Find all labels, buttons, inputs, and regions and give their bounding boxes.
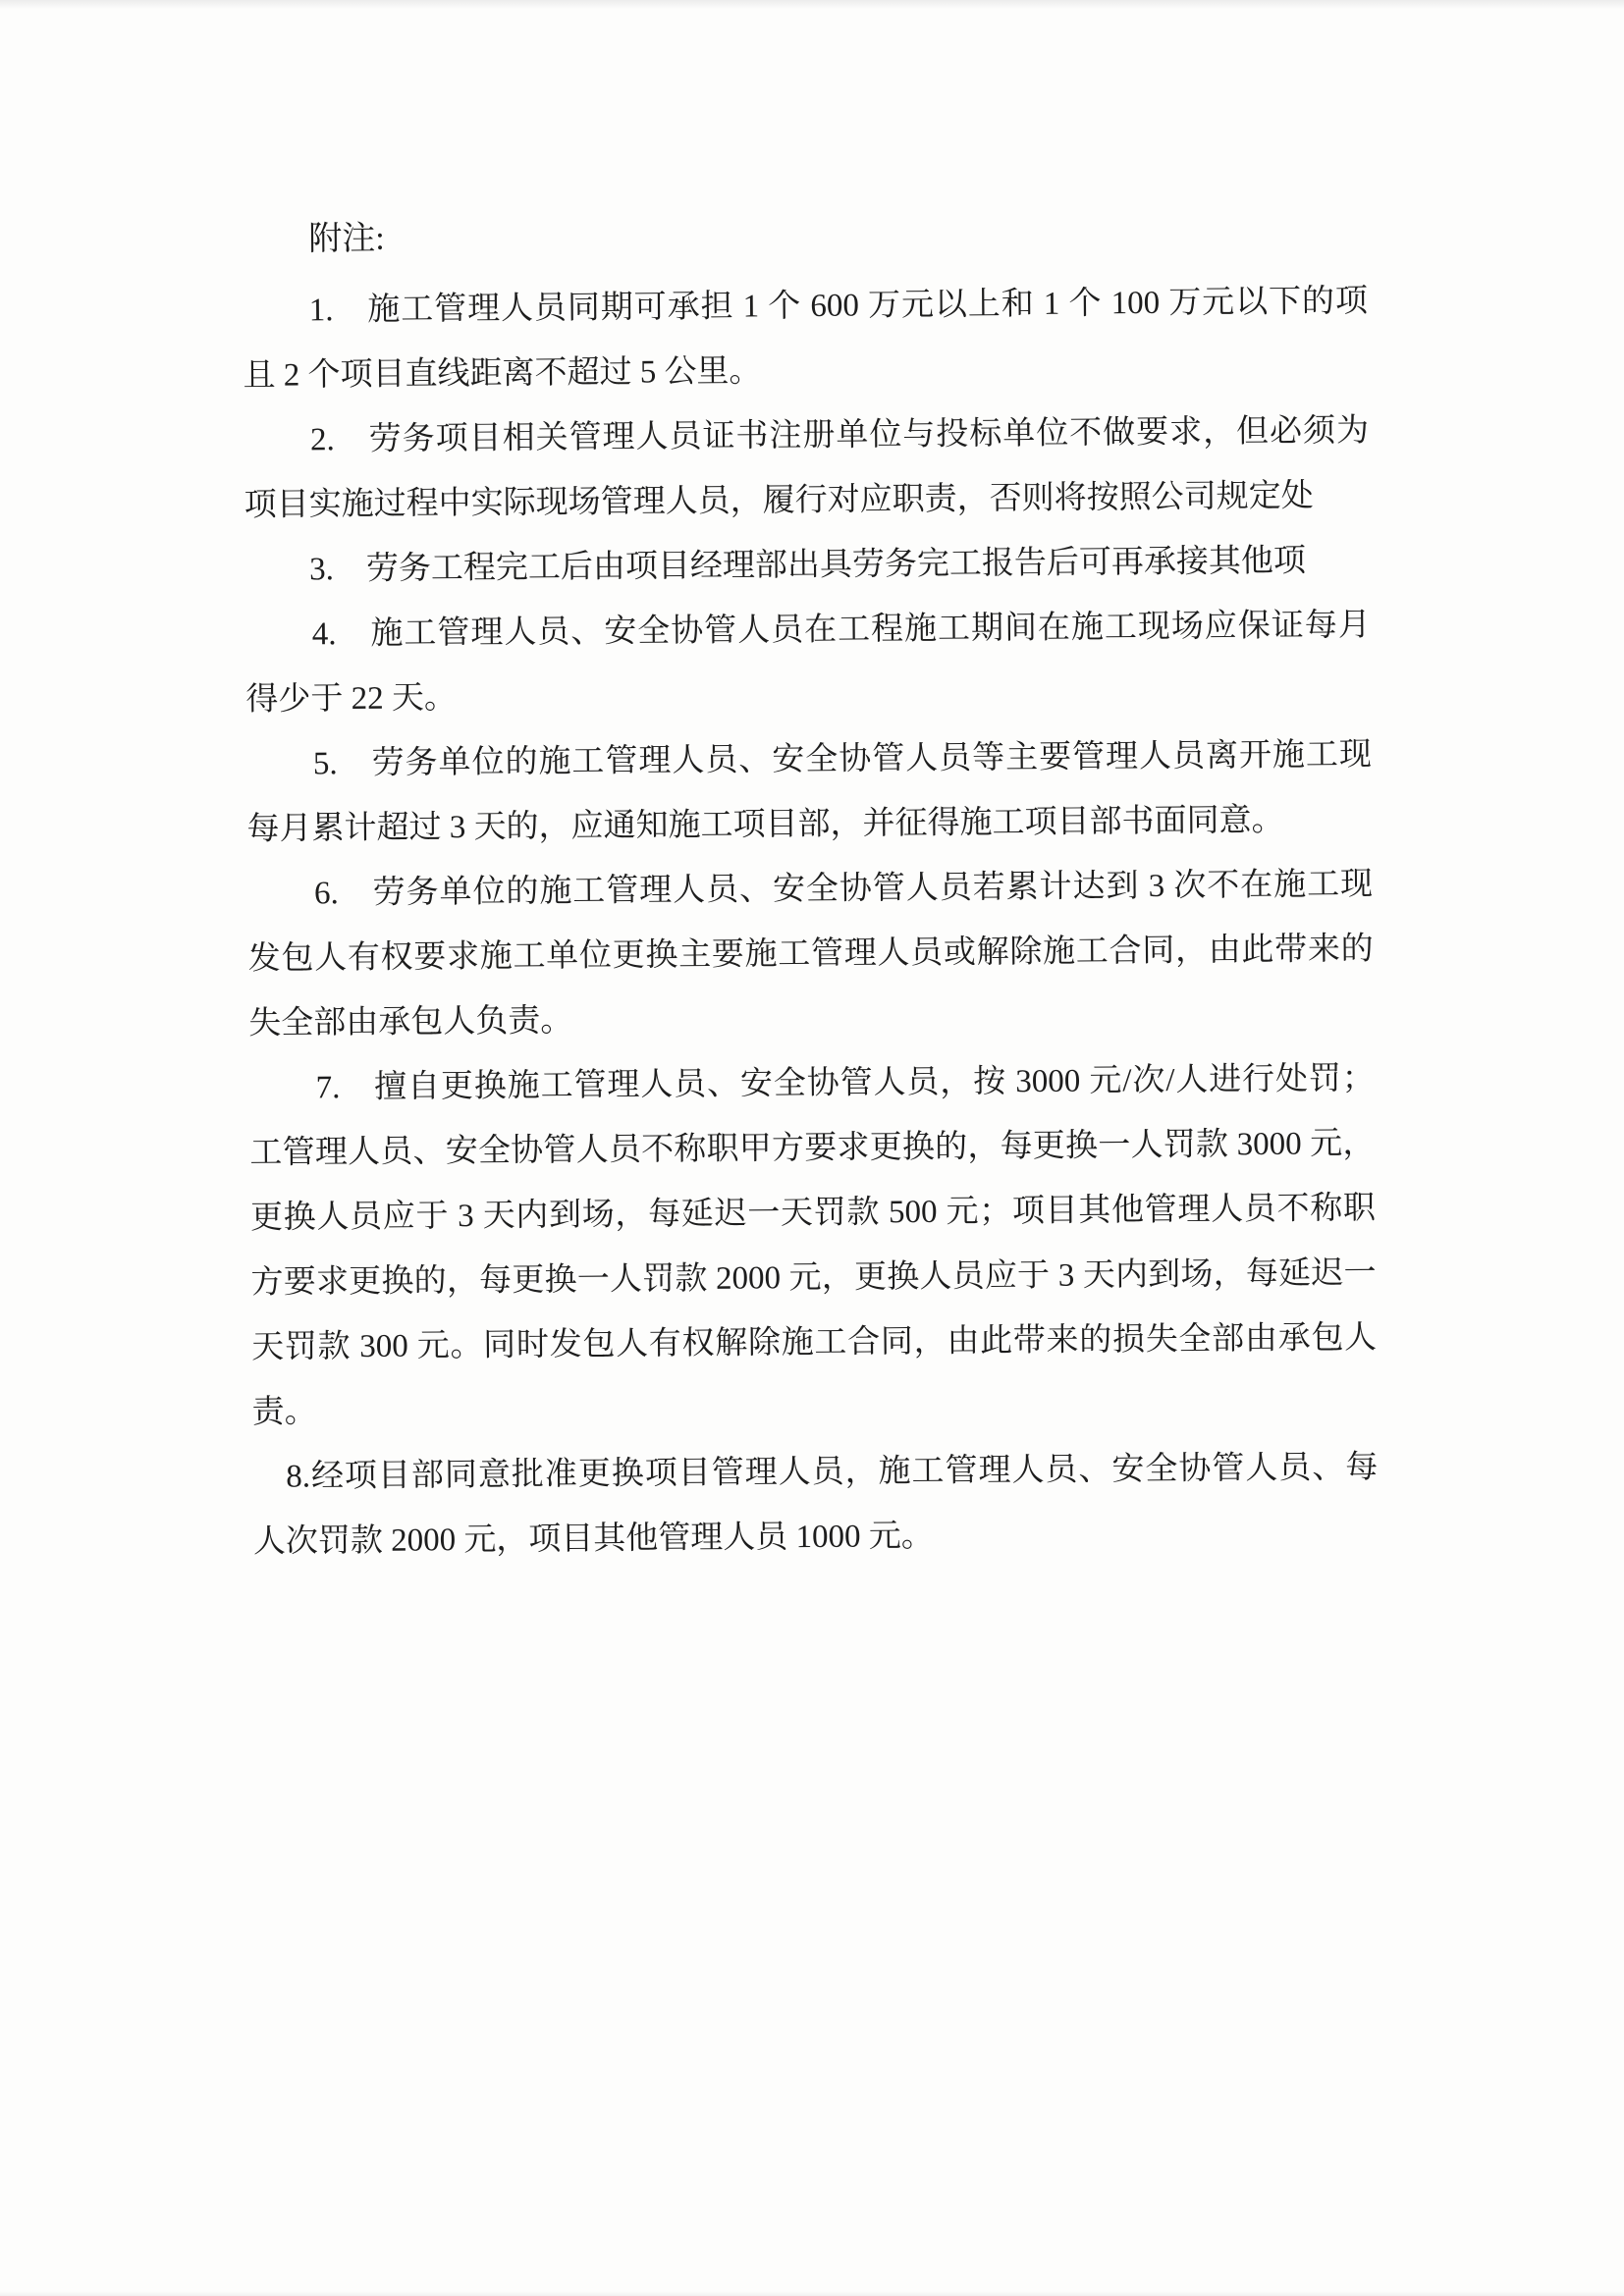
- note-line: 1. 施工管理人员同期可承担 1 个 600 万元以上和 1 个 100 万元以…: [243, 269, 1369, 344]
- notes-list: 1. 施工管理人员同期可承担 1 个 600 万元以上和 1 个 100 万元以…: [243, 269, 1379, 1575]
- note-line: 7. 擅自更换施工管理人员、安全协管人员，按 3000 元/次/人进行处罚；施: [249, 1046, 1376, 1121]
- note-line: 天罚款 300 元。同时发包人有权解除施工合同，由此带来的损失全部由承包人负: [251, 1306, 1378, 1380]
- note-line: 5. 劳务单位的施工管理人员、安全协管人员等主要管理人员离开施工现场: [246, 722, 1373, 797]
- note-line: 得少于 22 天。: [245, 658, 1372, 732]
- note-line: 失全部由承包人负责。: [248, 982, 1375, 1056]
- note-line: 6. 劳务单位的施工管理人员、安全协管人员若累计达到 3 次不在施工现场，: [247, 852, 1374, 927]
- note-line: 且 2 个项目直线距离不超过 5 公里。: [243, 334, 1369, 408]
- note-line: 方要求更换的，每更换一人罚款 2000 元，更换人员应于 3 天内到场，每延迟一: [250, 1241, 1377, 1315]
- section-heading: 附注:: [242, 198, 1368, 273]
- note-line: 每月累计超过 3 天的，应通知施工项目部，并征得施工项目部书面同意。: [246, 787, 1373, 862]
- note-line: 2. 劳务项目相关管理人员证书注册单位与投标单位不做要求，但必须为本: [244, 399, 1370, 473]
- scanned-document-page: 附注: 1. 施工管理人员同期可承担 1 个 600 万元以上和 1 个 100…: [0, 0, 1624, 2296]
- note-line: 更换人员应于 3 天内到场，每延迟一天罚款 500 元；项目其他管理人员不称职甲: [250, 1176, 1377, 1251]
- note-line: 人次罚款 2000 元，项目其他管理人员 1000 元。: [253, 1500, 1380, 1575]
- note-line: 8.经项目部同意批准更换项目管理人员，施工管理人员、安全协管人员、每: [252, 1435, 1379, 1510]
- scan-edge-top: [0, 0, 1624, 9]
- note-line: 责。: [251, 1370, 1378, 1445]
- note-line: 4. 施工管理人员、安全协管人员在工程施工期间在施工现场应保证每月不: [245, 593, 1372, 667]
- scan-edge-bottom: [0, 2291, 1624, 2296]
- note-line: 3. 劳务工程完工后由项目经理部出具劳务完工报告后可再承接其他项目。: [244, 528, 1371, 603]
- note-line: 工管理人员、安全协管人员不称职甲方要求更换的，每更换一人罚款 3000 元，: [249, 1111, 1376, 1186]
- note-line: 发包人有权要求施工单位更换主要施工管理人员或解除施工合同，由此带来的损: [247, 917, 1374, 991]
- notes-section: 附注: 1. 施工管理人员同期可承担 1 个 600 万元以上和 1 个 100…: [242, 198, 1379, 1575]
- note-line: 项目实施过程中实际现场管理人员，履行对应职责，否则将按照公司规定处罚。: [244, 463, 1370, 538]
